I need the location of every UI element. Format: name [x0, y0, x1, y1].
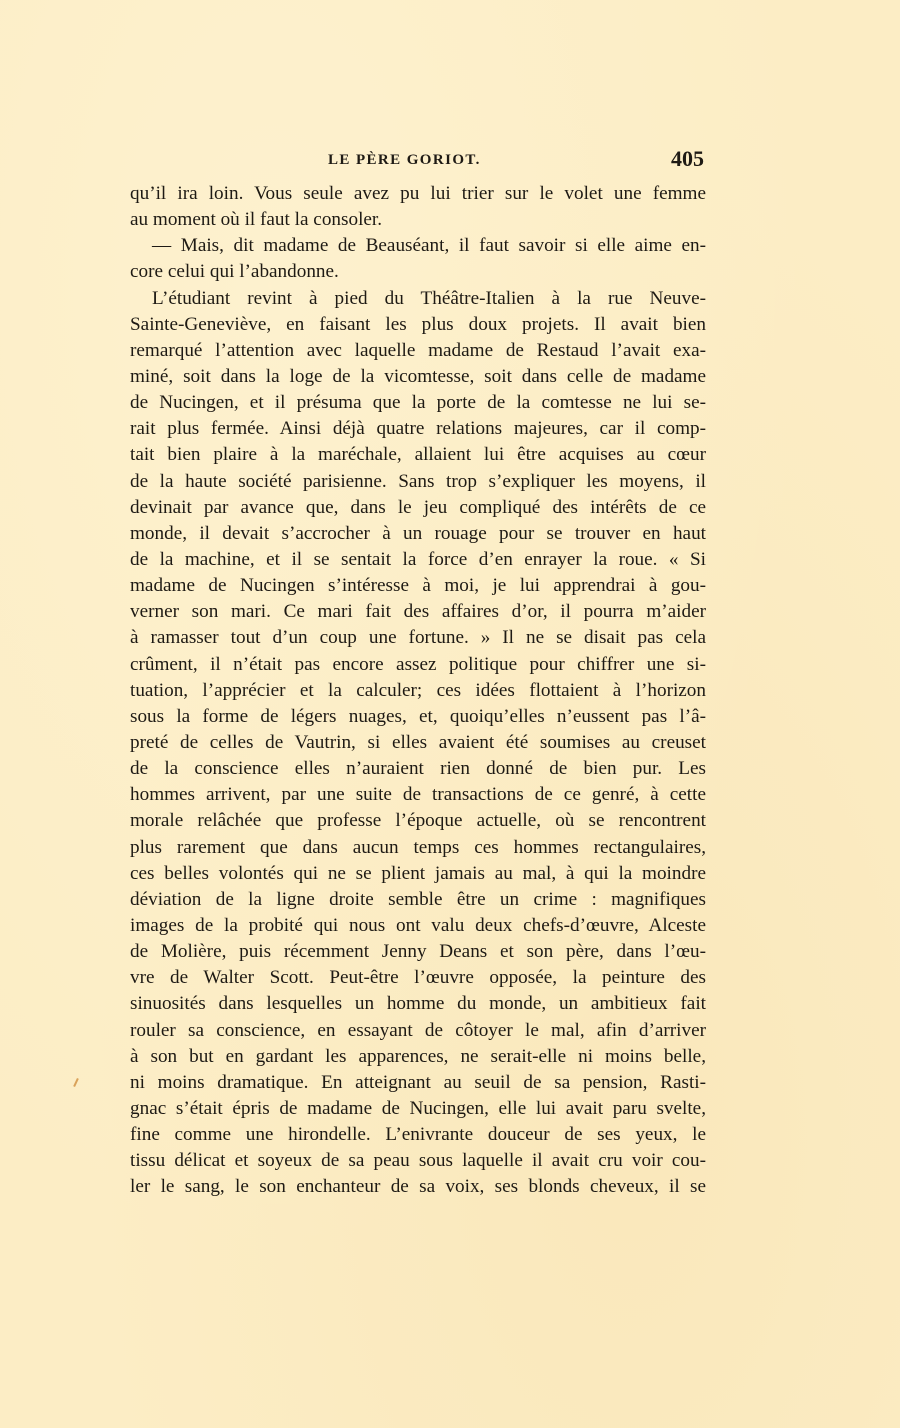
- body-text: qu’il ira loin. Vous seule avez pu lui t…: [130, 181, 706, 1200]
- text-line: de Molière, puis récemment Jenny Deans e…: [130, 939, 706, 965]
- text-line: déviation de la ligne droite semble être…: [130, 887, 706, 913]
- text-line: rouler sa conscience, en essayant de côt…: [130, 1018, 706, 1044]
- text-line: monde, il devait s’accrocher à un rouage…: [130, 521, 706, 547]
- text-line: tissu délicat et soyeux de sa peau sous …: [130, 1148, 706, 1174]
- text-line: ni moins dramatique. En atteignant au se…: [130, 1070, 706, 1096]
- text-line: vre de Walter Scott. Peut-être l’œuvre o…: [130, 965, 706, 991]
- text-line: preté de celles de Vautrin, si elles ava…: [130, 730, 706, 756]
- text-line: rait plus fermée. Ainsi déjà quatre rela…: [130, 416, 706, 442]
- text-line: de la conscience elles n’auraient rien d…: [130, 756, 706, 782]
- page-number: 405: [671, 146, 704, 172]
- text-line: — Mais, dit madame de Beauséant, il faut…: [130, 233, 706, 259]
- text-line: ces belles volontés qui ne se plient jam…: [130, 861, 706, 887]
- text-line: à son but en gardant les apparences, ne …: [130, 1044, 706, 1070]
- text-line: verner son mari. Ce mari fait des affair…: [130, 599, 706, 625]
- text-line: de la machine, et il se sentait la force…: [130, 547, 706, 573]
- text-line: madame de Nucingen s’intéresse à moi, je…: [130, 573, 706, 599]
- text-line: de Nucingen, et il présuma que la porte …: [130, 390, 706, 416]
- text-line: sinuosités dans lesquelles un homme du m…: [130, 991, 706, 1017]
- text-line: images de la probité qui nous ont valu d…: [130, 913, 706, 939]
- text-line: ler le sang, le son enchanteur de sa voi…: [130, 1174, 706, 1200]
- text-line: devinait par avance que, dans le jeu com…: [130, 495, 706, 521]
- text-line: morale relâchée que professe l’époque ac…: [130, 808, 706, 834]
- book-page: LE PÈRE GORIOT. 405 qu’il ira loin. Vous…: [0, 0, 900, 1428]
- text-line: tuation, l’apprécier et la calculer; ces…: [130, 678, 706, 704]
- running-head: LE PÈRE GORIOT. 405: [130, 144, 706, 174]
- text-line: au moment où il faut la consoler.: [130, 207, 706, 233]
- text-line: fine comme une hirondelle. L’enivrante d…: [130, 1122, 706, 1148]
- text-line: à ramasser tout d’un coup une fortune. »…: [130, 625, 706, 651]
- text-line: plus rarement que dans aucun temps ces h…: [130, 835, 706, 861]
- text-line: Sainte-Geneviève, en faisant les plus do…: [130, 312, 706, 338]
- paper-blemish: [73, 1078, 79, 1087]
- running-title: LE PÈRE GORIOT.: [328, 152, 481, 169]
- text-line: miné, soit dans la loge de la vicomtesse…: [130, 364, 706, 390]
- text-line: L’étudiant revint à pied du Théâtre-Ital…: [130, 286, 706, 312]
- text-line: core celui qui l’abandonne.: [130, 259, 706, 285]
- text-line: sous la forme de légers nuages, et, quoi…: [130, 704, 706, 730]
- text-line: remarqué l’attention avec laquelle madam…: [130, 338, 706, 364]
- text-line: qu’il ira loin. Vous seule avez pu lui t…: [130, 181, 706, 207]
- text-line: crûment, il n’était pas encore assez pol…: [130, 652, 706, 678]
- text-line: gnac s’était épris de madame de Nucingen…: [130, 1096, 706, 1122]
- text-line: de la haute société parisienne. Sans tro…: [130, 469, 706, 495]
- text-line: hommes arrivent, par une suite de transa…: [130, 782, 706, 808]
- text-line: tait bien plaire à la maréchale, allaien…: [130, 442, 706, 468]
